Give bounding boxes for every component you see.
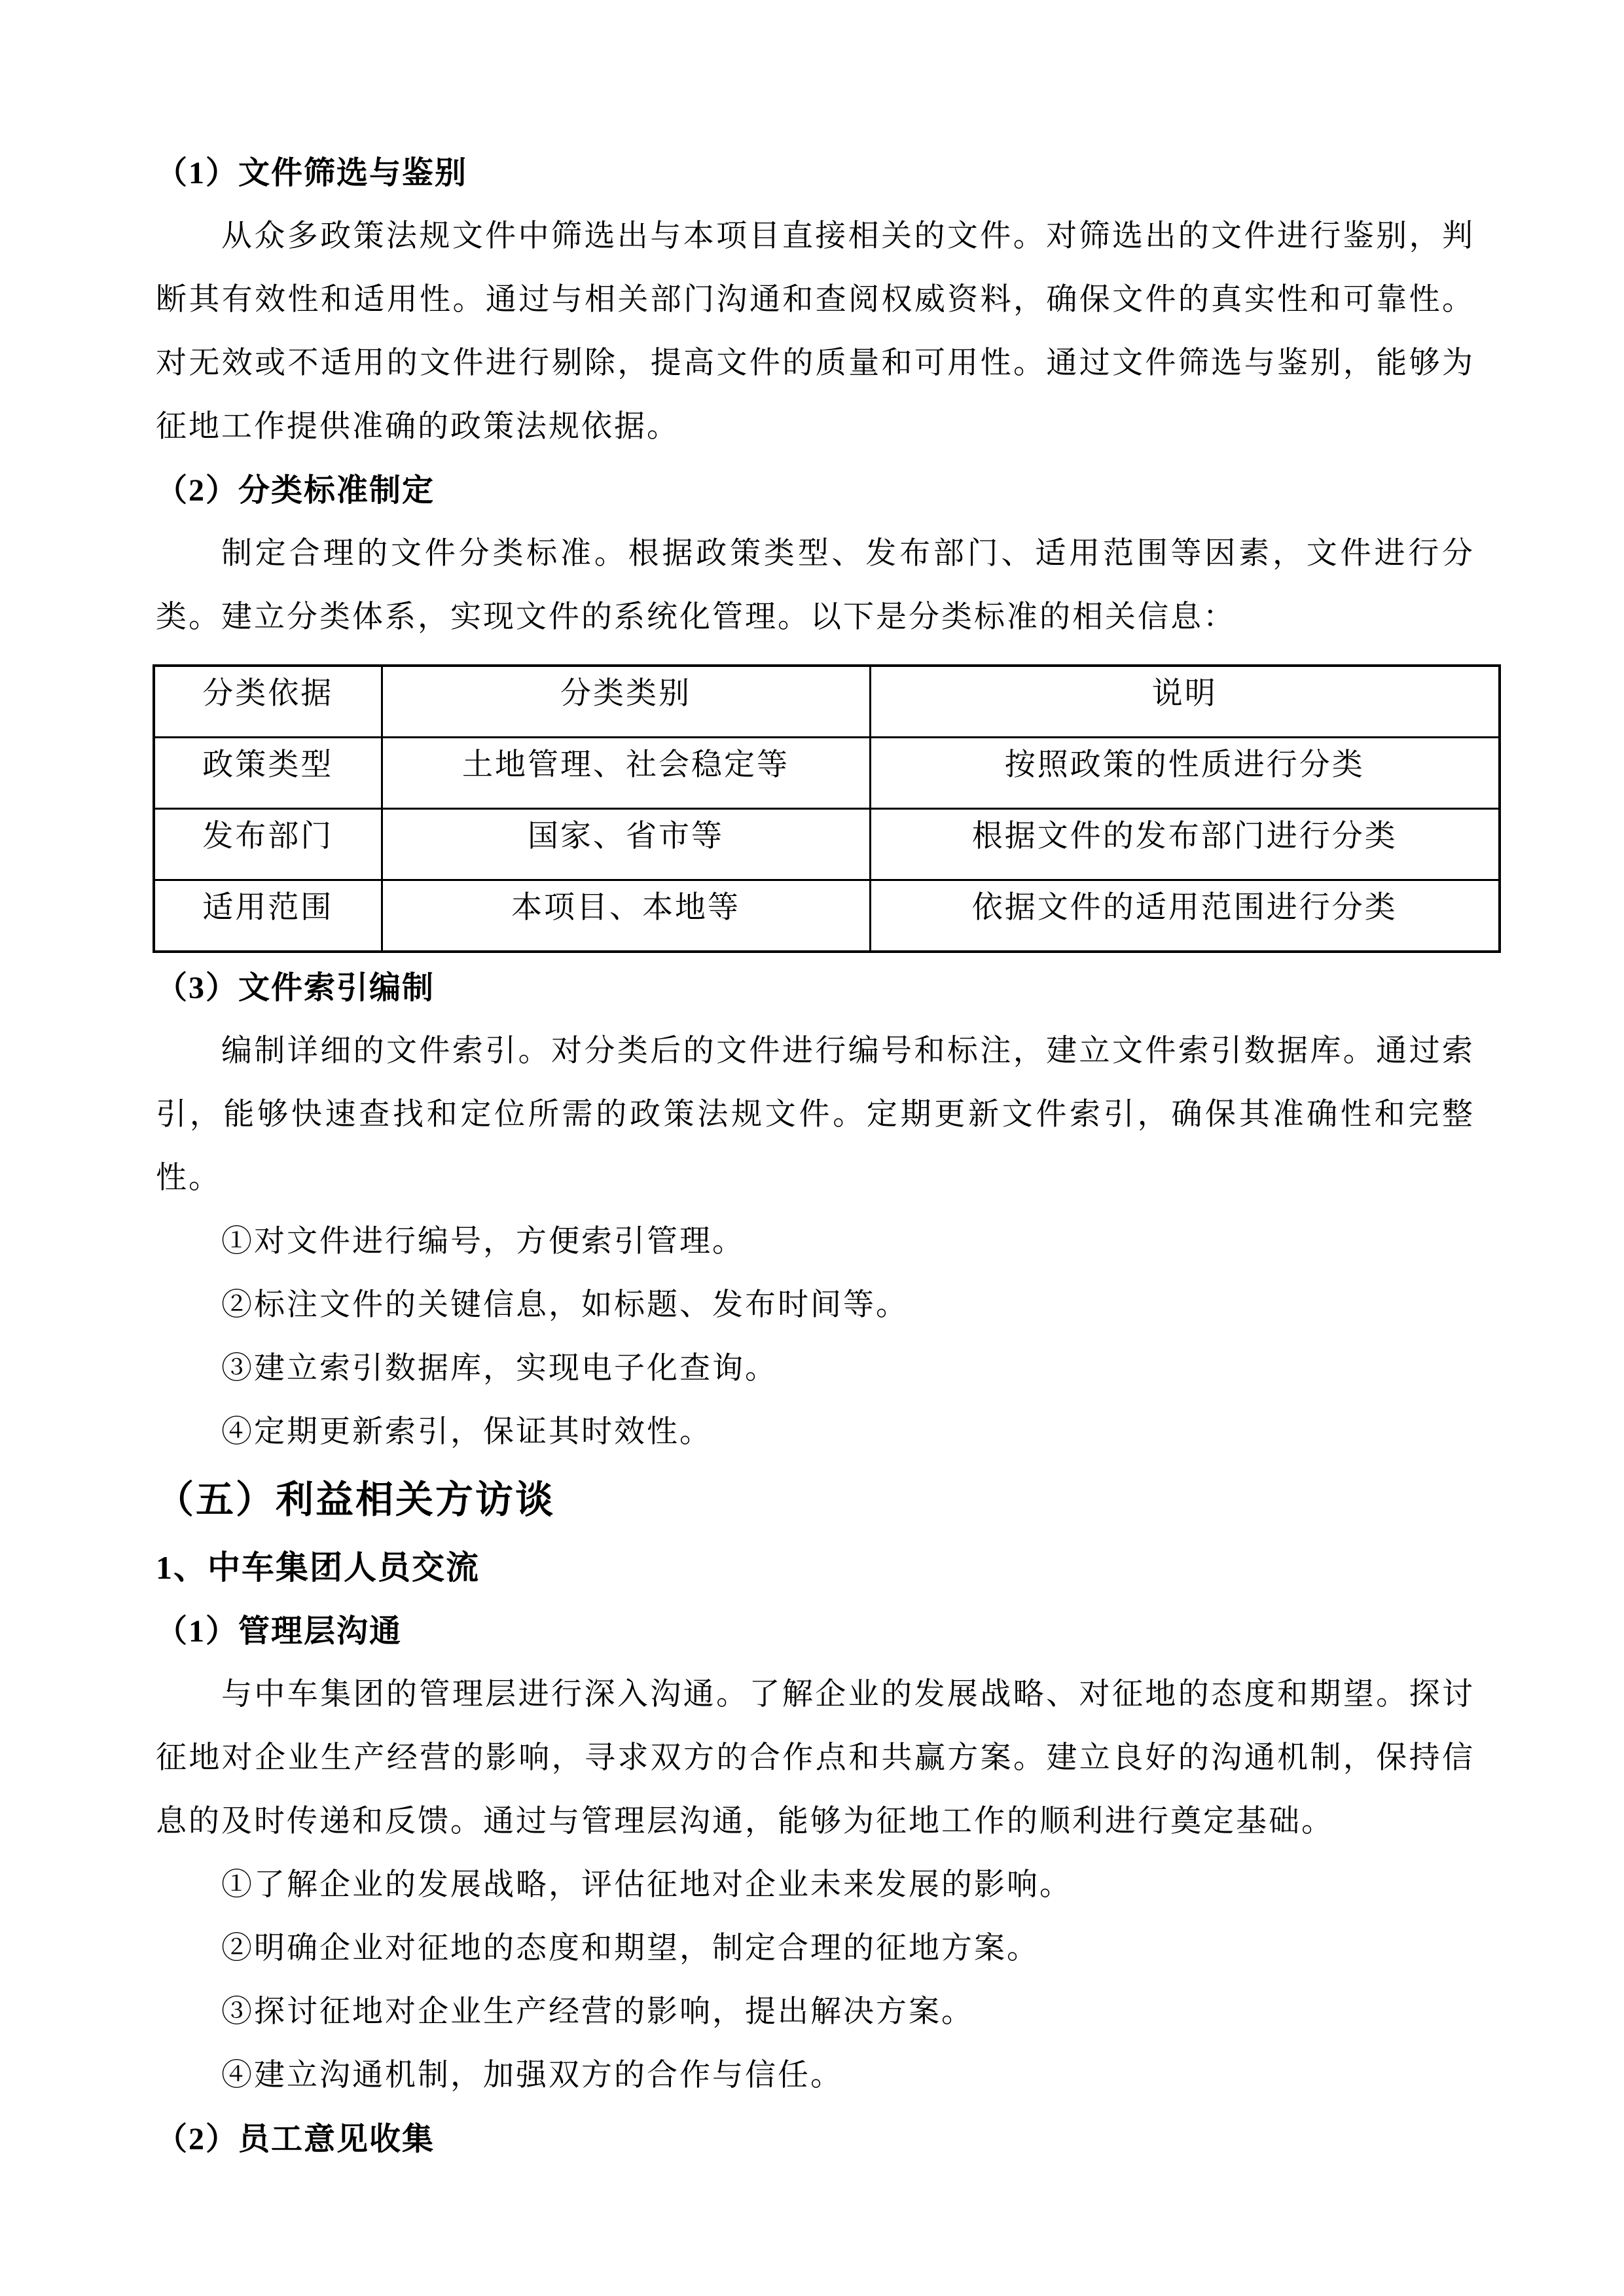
- table-header-description: 说明: [870, 666, 1500, 738]
- table-cell: 依据文件的适用范围进行分类: [870, 880, 1500, 952]
- table-header-category: 分类类别: [382, 666, 870, 738]
- para-file-screening: 从众多政策法规文件中筛选出与本项目直接相关的文件。对筛选出的文件进行鉴别，判断其…: [156, 205, 1475, 459]
- para-classification-standard: 制定合理的文件分类标准。根据政策类型、发布部门、适用范围等因素，文件进行分类。建…: [156, 522, 1475, 649]
- table-header-basis: 分类依据: [154, 666, 382, 738]
- list-item: ④建立沟通机制，加强双方的合作与信任。: [156, 2044, 1475, 2108]
- table-row: 适用范围 本项目、本地等 依据文件的适用范围进行分类: [154, 880, 1500, 952]
- table-cell: 本项目、本地等: [382, 880, 870, 952]
- table-cell: 按照政策的性质进行分类: [870, 738, 1500, 809]
- list-item: ③探讨征地对企业生产经营的影响，提出解决方案。: [156, 1981, 1475, 2044]
- table-row: 政策类型 土地管理、社会稳定等 按照政策的性质进行分类: [154, 738, 1500, 809]
- heading-file-indexing: （3）文件索引编制: [156, 956, 1475, 1020]
- heading-classification-standard: （2）分类标准制定: [156, 459, 1475, 522]
- table-cell: 土地管理、社会稳定等: [382, 738, 870, 809]
- list-item: ①了解企业的发展战略，评估征地对企业未来发展的影响。: [156, 1854, 1475, 1917]
- table-header-row: 分类依据 分类类别 说明: [154, 666, 1500, 738]
- heading-management-communication: （1）管理层沟通: [156, 1600, 1475, 1663]
- table-cell: 政策类型: [154, 738, 382, 809]
- classification-standard-table: 分类依据 分类类别 说明 政策类型 土地管理、社会稳定等 按照政策的性质进行分类…: [153, 664, 1501, 953]
- list-item: ④定期更新索引，保证其时效性。: [156, 1401, 1475, 1464]
- list-item: ③建立索引数据库，实现电子化查询。: [156, 1337, 1475, 1401]
- list-item: ②标注文件的关键信息，如标题、发布时间等。: [156, 1274, 1475, 1337]
- table-cell: 发布部门: [154, 809, 382, 880]
- table-row: 发布部门 国家、省市等 根据文件的发布部门进行分类: [154, 809, 1500, 880]
- list-item: ②明确企业对征地的态度和期望，制定合理的征地方案。: [156, 1917, 1475, 1981]
- document-page: （1）文件筛选与鉴别 从众多政策法规文件中筛选出与本项目直接相关的文件。对筛选出…: [0, 0, 1624, 2296]
- heading-employee-feedback: （2）员工意见收集: [156, 2108, 1475, 2171]
- para-management-communication: 与中车集团的管理层进行深入沟通。了解企业的发展战略、对征地的态度和期望。探讨征地…: [156, 1663, 1475, 1854]
- table-cell: 国家、省市等: [382, 809, 870, 880]
- heading-file-screening: （1）文件筛选与鉴别: [156, 141, 1475, 205]
- heading-stakeholder-interviews: （五）利益相关方访谈: [156, 1464, 1475, 1536]
- list-item: ①对文件进行编号，方便索引管理。: [156, 1210, 1475, 1274]
- heading-crrc-personnel-exchange: 1、中车集团人员交流: [156, 1536, 1475, 1600]
- table-cell: 根据文件的发布部门进行分类: [870, 809, 1500, 880]
- para-file-indexing: 编制详细的文件索引。对分类后的文件进行编号和标注，建立文件索引数据库。通过索引，…: [156, 1020, 1475, 1210]
- table-cell: 适用范围: [154, 880, 382, 952]
